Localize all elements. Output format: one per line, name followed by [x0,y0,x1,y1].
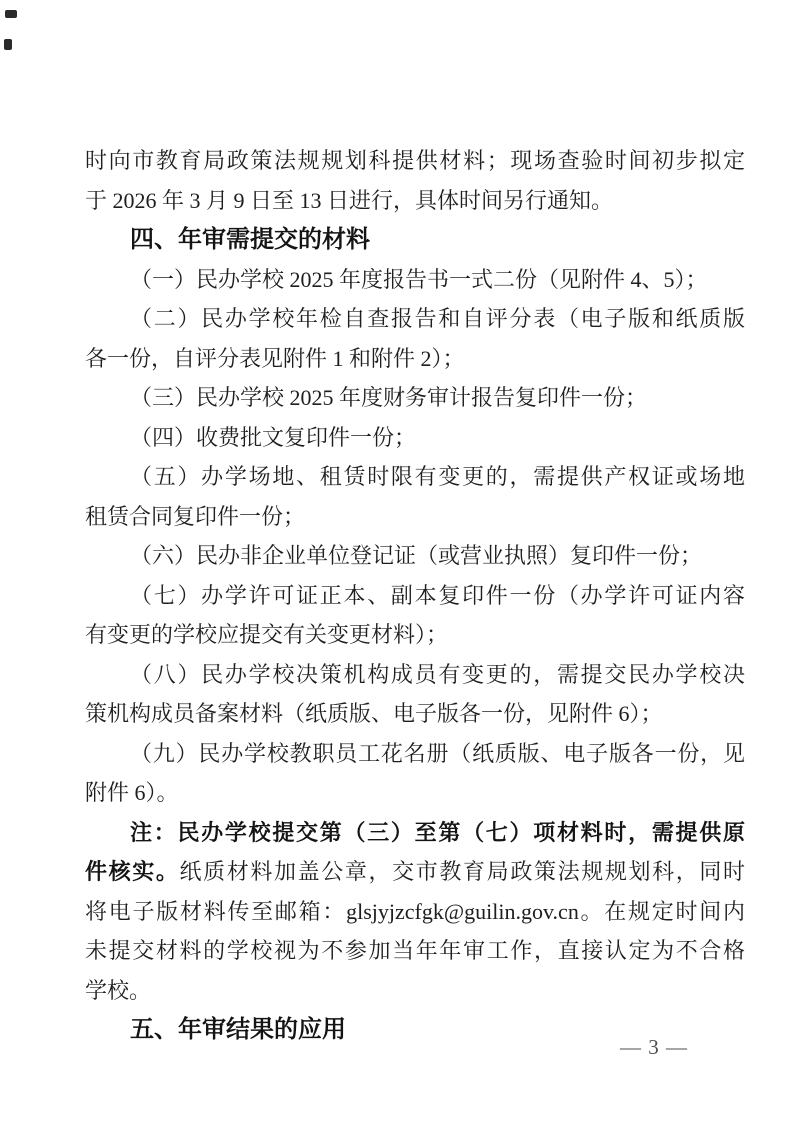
text-run: 将电子版材料传至邮箱：glsjyjzcfgk@guilin.gov.cn。在规定… [85,899,745,924]
text-line: （一）民办学校 2025 年度报告书一式二份（见附件 4、5）； [85,260,745,300]
bold-text-run: 注：民办学校提交第（三）至第（七）项材料时，需提供原 [130,820,745,845]
text-line: 时向市教育局政策法规规划科提供材料；现场查验时间初步拟定 [85,141,745,181]
text-run: 时向市教育局政策法规规划科提供材料；现场查验时间初步拟定 [85,148,745,173]
text-run: （三）民办学校 2025 年度财务审计报告复印件一份； [130,385,647,410]
scan-speck [4,39,12,50]
text-run: 附件 6）。 [85,780,179,805]
bold-text-run: 四、年审需提交的材料 [130,226,370,253]
text-line: 各一份，自评分表见附件 1 和附件 2）； [85,339,745,379]
text-line: 注：民办学校提交第（三）至第（七）项材料时，需提供原 [85,813,745,853]
text-run: （六）民办非企业单位登记证（或营业执照）复印件一份； [130,543,702,568]
text-run: 各一份，自评分表见附件 1 和附件 2）； [85,346,465,371]
bold-text-run: 五、年审结果的应用 [130,1016,346,1043]
text-line: 有变更的学校应提交有关变更材料）； [85,615,745,655]
text-line: 将电子版材料传至邮箱：glsjyjzcfgk@guilin.gov.cn。在规定… [85,892,745,932]
text-line: 附件 6）。 [85,773,745,813]
section-heading: 四、年审需提交的材料 [85,220,745,260]
document-page: 时向市教育局政策法规规划科提供材料；现场查验时间初步拟定于 2026 年 3 月… [0,0,800,1131]
text-line: 未提交材料的学校视为不参加当年年审工作，直接认定为不合格 [85,931,745,971]
text-run: 有变更的学校应提交有关变更材料）； [85,622,448,647]
text-line: （五）办学场地、租赁时限有变更的，需提供产权证或场地 [85,457,745,497]
text-line: 策机构成员备案材料（纸质版、电子版各一份，见附件 6）； [85,694,745,734]
text-run: 学校。 [85,978,151,1003]
text-line: 学校。 [85,971,745,1011]
text-run: 未提交材料的学校视为不参加当年年审工作，直接认定为不合格 [85,938,745,963]
text-line: 件核实。纸质材料加盖公章，交市教育局政策法规规划科，同时 [85,852,745,892]
text-run: （七）办学许可证正本、副本复印件一份（办学许可证内容 [130,583,745,608]
text-run: （二）民办学校年检自查报告和自评分表（电子版和纸质版 [130,306,745,331]
text-line: （二）民办学校年检自查报告和自评分表（电子版和纸质版 [85,299,745,339]
text-run: （九）民办学校教职员工花名册（纸质版、电子版各一份，见 [130,741,745,766]
page-number: — 3 — [620,1035,700,1060]
text-line: 租赁合同复印件一份； [85,497,745,537]
text-line: （三）民办学校 2025 年度财务审计报告复印件一份； [85,378,745,418]
text-line: （四）收费批文复印件一份； [85,418,745,458]
text-line: （九）民办学校教职员工花名册（纸质版、电子版各一份，见 [85,734,745,774]
text-line: （六）民办非企业单位登记证（或营业执照）复印件一份； [85,536,745,576]
document-body: 时向市教育局政策法规规划科提供材料；现场查验时间初步拟定于 2026 年 3 月… [85,141,745,1050]
text-run: （一）民办学校 2025 年度报告书一式二份（见附件 4、5）； [130,267,708,292]
text-run: 纸质材料加盖公章，交市教育局政策法规规划科，同时 [180,859,745,884]
text-run: （八）民办学校决策机构成员有变更的，需提交民办学校决 [130,662,745,687]
text-run: （五）办学场地、租赁时限有变更的，需提供产权证或场地 [130,464,745,489]
text-line: 于 2026 年 3 月 9 日至 13 日进行，具体时间另行通知。 [85,181,745,221]
text-line: （八）民办学校决策机构成员有变更的，需提交民办学校决 [85,655,745,695]
text-line: （七）办学许可证正本、副本复印件一份（办学许可证内容 [85,576,745,616]
bold-text-run: 件核实。 [85,859,180,884]
text-run: 策机构成员备案材料（纸质版、电子版各一份，见附件 6）； [85,701,663,726]
text-run: （四）收费批文复印件一份； [130,425,416,450]
scan-speck [5,10,17,18]
text-run: 租赁合同复印件一份； [85,504,305,529]
text-run: 于 2026 年 3 月 9 日至 13 日进行，具体时间另行通知。 [85,188,613,213]
